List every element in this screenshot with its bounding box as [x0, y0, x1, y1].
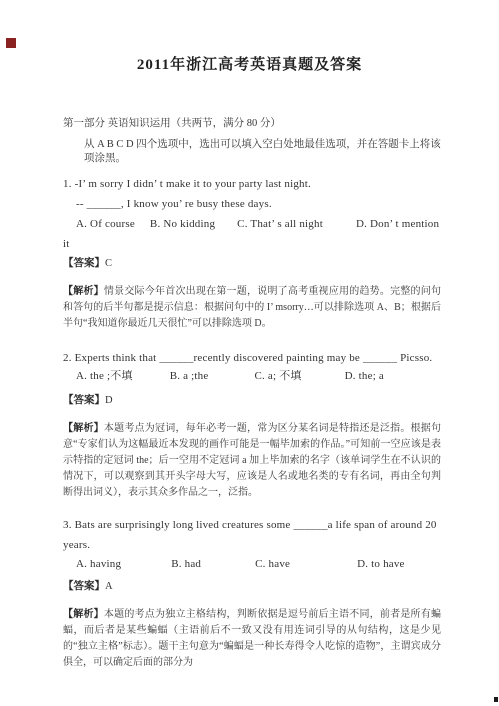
section-heading: 第一部分 英语知识运用（共两节，满分 80 分） [63, 117, 441, 131]
question-1-stem-line-2: -- ______, I know you’ re busy these day… [76, 194, 441, 214]
question-2-analysis: 【解析】本题考点为冠词，每年必考一题，常为区分某名词是特指还是泛指。根据句意“专… [63, 421, 441, 501]
question-3-answer-line: 【答案】A [63, 580, 441, 594]
question-1-answer-value: C [105, 258, 112, 269]
question-1-stem-line-1: 1. -I’ m sorry I didn’ t make it to your… [63, 174, 441, 194]
question-2-option-c: C. a; 不填 [254, 370, 301, 382]
question-3-stem-line-1: 3. Bats are surprisingly long lived crea… [63, 515, 441, 555]
question-2-option-b: B. a ;the [170, 370, 209, 382]
question-2-option-d: D. the; a [345, 370, 384, 382]
top-left-red-mark [6, 38, 16, 48]
question-2-option-a: A. the ;不填 [76, 370, 133, 382]
question-1-options-row: A. Of courseB. No kiddingC. That’ s all … [63, 214, 441, 254]
question-1-option-b: B. No kidding [150, 218, 215, 230]
question-3-answer-value: A [105, 581, 113, 592]
question-2-analysis-text: 本题考点为冠词，每年必考一题，常为区分某名词是特指还是泛指。根据句意“专家们认为… [63, 423, 441, 498]
question-3-analysis: 【解析】本题的考点为独立主格结构，判断依据是逗号前后主语不同，前者是所有蝙蝠，而… [63, 607, 441, 671]
document-title: 2011年浙江高考英语真题及答案 [0, 0, 499, 75]
question-3-options-row: A. havingB. hadC. haveD. to have [63, 555, 441, 573]
question-2-answer-value: D [105, 395, 113, 406]
question-3-option-a: A. having [76, 558, 121, 570]
analysis-label: 【解析】 [63, 286, 104, 297]
section-instructions: 从 A B C D 四个选项中，选出可以填入空白处地最佳选项，并在答题卡上将该项… [84, 138, 441, 166]
question-3: 3. Bats are surprisingly long lived crea… [63, 515, 441, 671]
question-1: 1. -I’ m sorry I didn’ t make it to your… [63, 174, 441, 332]
answer-label: 【答案】 [63, 258, 105, 269]
question-2: 2. Experts think that ______recently dis… [63, 349, 441, 501]
question-3-analysis-text: 本题的考点为独立主格结构，判断依据是逗号前后主语不同，前者是所有蝙蝠，而后者是某… [63, 609, 441, 668]
answer-label: 【答案】 [63, 581, 105, 592]
question-3-option-b: B. had [171, 558, 201, 570]
analysis-label: 【解析】 [63, 423, 104, 434]
bottom-right-black-mark [494, 697, 498, 702]
question-1-analysis-text: 情景交际今年首次出现在第一题，说明了高考重视应用的趋势。完整的问句和答句的后半句… [63, 286, 441, 329]
question-1-analysis: 【解析】情景交际今年首次出现在第一题，说明了高考重视应用的趋势。完整的问句和答句… [63, 284, 441, 332]
question-3-option-c: C. have [255, 558, 290, 570]
question-1-option-c: C. That’ s all night [237, 218, 323, 230]
question-1-option-a: A. Of course [76, 218, 135, 230]
question-2-stem-line-1: 2. Experts think that ______recently dis… [63, 349, 441, 367]
question-1-answer-line: 【答案】C [63, 257, 441, 271]
question-2-options-row: A. the ;不填B. a ;theC. a; 不填D. the; a [63, 367, 441, 385]
question-3-option-d: D. to have [357, 558, 405, 570]
question-2-answer-line: 【答案】D [63, 394, 441, 408]
answer-label: 【答案】 [63, 395, 105, 406]
analysis-label: 【解析】 [63, 609, 104, 620]
document-page: 2011年浙江高考英语真题及答案 第一部分 英语知识运用（共两节，满分 80 分… [0, 0, 499, 706]
document-body: 第一部分 英语知识运用（共两节，满分 80 分） 从 A B C D 四个选项中… [63, 75, 441, 671]
